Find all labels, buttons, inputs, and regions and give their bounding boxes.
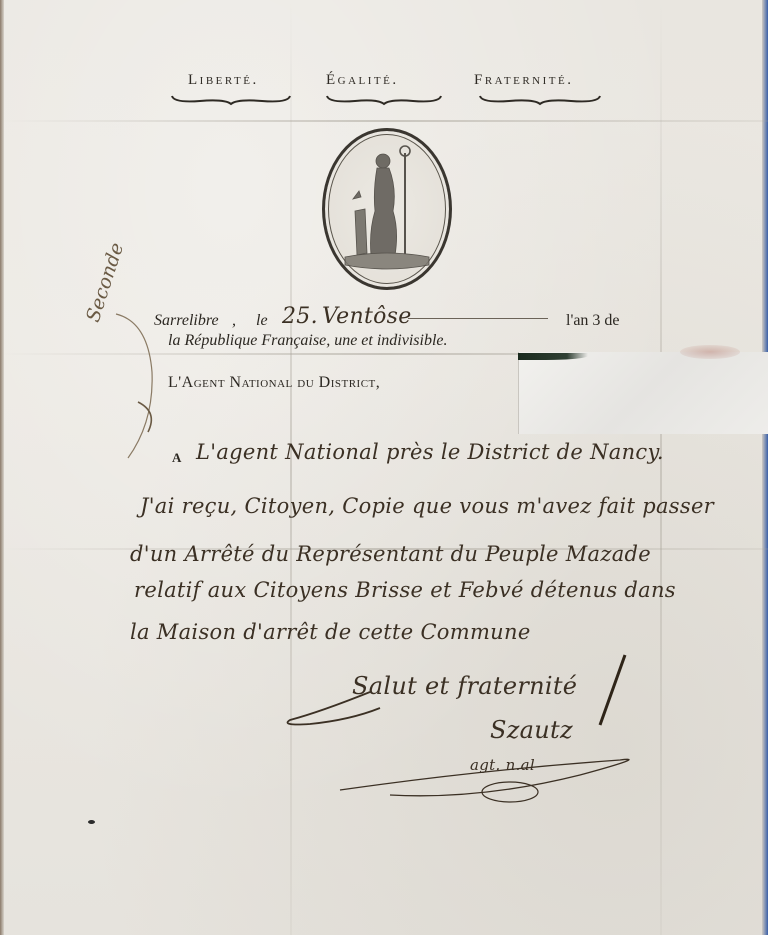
wax-residue <box>680 345 740 359</box>
body-line-4: la Maison d'arrêt de cette Commune <box>130 620 531 644</box>
signature-flourish-icon <box>280 650 660 810</box>
comma: , <box>232 312 236 330</box>
brace-ornament-icon <box>325 94 443 106</box>
motto-header: Liberté. Égalité. Fraternité. <box>0 72 768 112</box>
paper-hole <box>88 820 95 824</box>
margin-brace-icon <box>108 312 168 462</box>
motto-liberte: Liberté. <box>188 72 259 89</box>
body-line-1: J'ai reçu, Citoyen, Copie que vous m'ave… <box>140 494 714 518</box>
date-rule <box>408 318 548 319</box>
body-line-3: relatif aux Citoyens Brisse et Febvé dét… <box>134 578 676 602</box>
letter-sheet: Liberté. Égalité. Fraternité. Sarre <box>0 0 768 935</box>
body-line-2: d'un Arrêté du Représentant du Peuple Ma… <box>130 542 651 566</box>
republic-line: la République Française, une et indivisi… <box>168 332 448 350</box>
motto-fraternite: Fraternité. <box>474 72 573 89</box>
brace-ornament-icon <box>170 94 292 106</box>
date-day: 25. <box>282 304 318 329</box>
addressee: L'agent National près le District de Nan… <box>196 440 664 464</box>
liberty-figure-icon <box>325 131 449 287</box>
paper-edge-left <box>0 0 4 935</box>
fold-line <box>660 0 662 935</box>
date-month: Ventôse <box>322 304 412 329</box>
paper-repair-patch <box>518 352 768 434</box>
fold-line <box>0 120 768 122</box>
year-prefix: l'an 3 de <box>566 312 620 330</box>
brace-ornament-icon <box>478 94 602 106</box>
signature: Szautz <box>490 716 573 744</box>
sender-line: L'Agent National du District, <box>168 374 380 392</box>
motto-egalite: Égalité. <box>326 72 399 89</box>
paper-edge-right <box>762 0 768 935</box>
date-le: le <box>256 312 268 330</box>
signature-title: agt. n.al <box>470 756 535 774</box>
liberty-seal-vignette <box>322 128 452 290</box>
addressee-prefix: A <box>172 450 181 466</box>
